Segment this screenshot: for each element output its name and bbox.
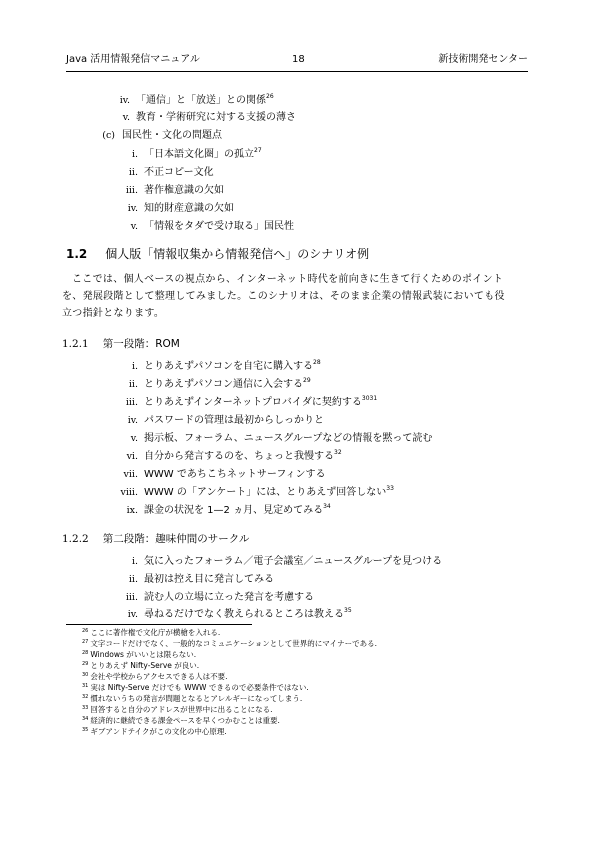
footnote-text: 経済的に継続できる課金ペースを早くつかむことは重要.: [90, 716, 280, 725]
header-organization: 新技術開発センター: [438, 52, 528, 68]
list-item-number: (c): [90, 129, 115, 143]
footnote-number: 32: [82, 694, 88, 700]
document-page: Java 活用情報発信マニュアル 18 新技術開発センター iv. 「通信」と「…: [0, 0, 595, 841]
footnote-ref[interactable]: 33: [386, 485, 394, 492]
list-item-number: iv.: [108, 202, 138, 216]
footnote-ref[interactable]: 34: [323, 503, 331, 510]
footnote-number: 29: [82, 661, 88, 667]
list-item-text: 不正コピー文化: [144, 166, 214, 180]
footnote-text: 文字コードだけでなく、一般的なコミュニケーションとして世界的にマイナーである.: [90, 639, 377, 648]
footnote-ref[interactable]: 28: [313, 359, 321, 366]
list-item-text: WWW であちこちネットサーフィンする: [144, 468, 326, 482]
paragraph-line: ここでは、個人ベースの視点から、インターネット時代を前向きに生きて行くためのポイ…: [62, 271, 532, 288]
footnote-ref[interactable]: 32: [334, 449, 342, 456]
list-item-text: 読む人の立場に立った発言を考慮する: [144, 591, 314, 605]
list-item-number: iv.: [108, 414, 138, 428]
footnote-number: 34: [82, 716, 88, 722]
list-item-text: 著作権意識の欠如: [144, 184, 224, 198]
list-item-text: 「通信」と「放送」との関係26: [136, 94, 274, 108]
list-item-text: 「日本語文化圏」の孤立27: [144, 148, 262, 162]
footnote: 34経済的に継続できる課金ペースを早くつかむことは重要.: [82, 715, 280, 726]
footnote-rule: [66, 624, 252, 625]
list-item-number: i.: [108, 148, 138, 162]
section-number: 1.2.2: [62, 533, 89, 545]
footnote-text: ここに著作権で文化庁が横槍を入れる.: [90, 628, 220, 637]
list-item-text: WWW の「アンケート」には、とりあえず回答しない33: [144, 486, 394, 500]
section-number: 1.2.1: [62, 338, 89, 350]
footnote: 27文字コードだけでなく、一般的なコミュニケーションとして世界的にマイナーである…: [82, 638, 377, 649]
list-item-number: v.: [108, 432, 138, 446]
footnote-ref[interactable]: 35: [344, 607, 352, 614]
list-item-number: v.: [108, 220, 138, 234]
list-item-text: 気に入ったフォーラム／電子会議室／ニュースグループを見つける: [144, 555, 442, 569]
footnote: 35ギブアンドテイクがこの文化の中心原理.: [82, 726, 227, 737]
footnote: 31実は Nifty-Serve だけでも WWW できるので必要条件ではない.: [82, 682, 309, 693]
list-item-number: ii.: [108, 166, 138, 180]
page-number: 18: [292, 52, 305, 68]
list-item-text: とりあえずインターネットプロバイダに契約する3031: [144, 396, 377, 410]
footnote-text: とりあえず Nifty-Serve が良い.: [90, 661, 199, 670]
list-item-text: 教育・学術研究に対する支援の薄さ: [136, 111, 296, 125]
footnote-number: 30: [82, 672, 88, 678]
footnote-number: 33: [82, 705, 88, 711]
section-heading-1-2-2: 1.2.2第二段階：趣味仲間のサークル: [62, 532, 249, 546]
list-item-number: ix.: [108, 504, 138, 518]
list-item-text: 尋ねるだけでなく教えられるところは教える35: [144, 608, 352, 622]
list-item-number: ii.: [108, 378, 138, 392]
footnote: 30会社や学校からアクセスできる人は不要.: [82, 671, 228, 682]
footnote-number: 35: [82, 727, 88, 733]
list-item-text: とりあえずパソコン通信に入会する29: [144, 378, 311, 392]
footnote: 33回答すると自分のアドレスが世界中に出ることになる.: [82, 704, 273, 715]
list-item-text: 最初は控え目に発言してみる: [144, 573, 274, 587]
list-item-text: 知的財産意識の欠如: [144, 202, 234, 216]
list-item-number: vi.: [108, 450, 138, 464]
running-header: Java 活用情報発信マニュアル 18 新技術開発センター: [66, 52, 528, 68]
footnote-number: 31: [82, 683, 88, 689]
footnote-ref[interactable]: 26: [266, 93, 274, 100]
section-title: 個人版「情報収集から情報発信へ」のシナリオ例: [105, 247, 369, 261]
footnote-number: 27: [82, 639, 88, 645]
footnote: 29とりあえず Nifty-Serve が良い.: [82, 660, 199, 671]
paragraph-line: 立つ指針となります。: [62, 305, 532, 322]
header-rule: [66, 71, 528, 72]
section-title: 第一段階：ROM: [103, 338, 180, 350]
footnote-text: ギブアンドテイクがこの文化の中心原理.: [90, 727, 226, 736]
section-number: 1.2: [66, 247, 87, 261]
list-item-number: i.: [108, 360, 138, 374]
header-document-title: Java 活用情報発信マニュアル: [66, 52, 200, 68]
list-item-number: ii.: [108, 573, 138, 587]
section-heading-1-2-1: 1.2.1第一段階：ROM: [62, 337, 180, 351]
footnote-number: 28: [82, 650, 88, 656]
list-item-text: 国民性・文化の問題点: [122, 129, 222, 143]
list-item-number: iii.: [108, 396, 138, 410]
footnote-number: 26: [82, 628, 88, 634]
footnote-ref[interactable]: 29: [303, 377, 311, 384]
footnote-ref[interactable]: 27: [254, 147, 262, 154]
list-item-text: 課金の状況を 1—2 ヵ月、見定めてみる34: [144, 504, 331, 518]
footnote: 26ここに著作権で文化庁が横槍を入れる.: [82, 627, 220, 638]
footnote-text: Windows がいいとは限らない.: [90, 650, 196, 659]
intro-paragraph: ここでは、個人ベースの視点から、インターネット時代を前向きに生きて行くためのポイ…: [62, 271, 532, 322]
list-item-text: とりあえずパソコンを自宅に購入する28: [144, 360, 321, 374]
list-item-text: 自分から発言するのを、ちょっと我慢する32: [144, 450, 342, 464]
list-item-text: 「情報をタダで受け取る」国民性: [144, 220, 294, 234]
footnote-text: 実は Nifty-Serve だけでも WWW できるので必要条件ではない.: [90, 683, 308, 692]
list-item-number: vii.: [108, 468, 138, 482]
list-item-number: v.: [100, 111, 130, 125]
list-item-number: iv.: [108, 608, 138, 622]
list-item-number: i.: [108, 555, 138, 569]
footnote-text: 回答すると自分のアドレスが世界中に出ることになる.: [90, 705, 272, 714]
footnote-text: 会社や学校からアクセスできる人は不要.: [90, 672, 227, 681]
list-item-number: iv.: [100, 94, 130, 108]
list-item-number: viii.: [108, 486, 138, 500]
footnote-text: 慣れないうちの発言が問題となるとアレルギーになってしまう.: [90, 694, 302, 703]
section-title: 第二段階：趣味仲間のサークル: [103, 533, 250, 545]
list-item-number: iii.: [108, 184, 138, 198]
paragraph-line: を、発展段階として整理してみました。このシナリオは、そのまま企業の情報武装におい…: [62, 288, 532, 305]
footnote-ref[interactable]: 3031: [362, 395, 377, 402]
list-item-number: iii.: [108, 591, 138, 605]
list-item-text: 掲示板、フォーラム、ニュースグループなどの情報を黙って読む: [144, 432, 432, 446]
footnote: 32慣れないうちの発言が問題となるとアレルギーになってしまう.: [82, 693, 302, 704]
footnote: 28Windows がいいとは限らない.: [82, 649, 196, 660]
list-item-text: パスワードの管理は最初からしっかりと: [144, 414, 324, 428]
section-heading-1-2: 1.2個人版「情報収集から情報発信へ」のシナリオ例: [66, 246, 369, 262]
